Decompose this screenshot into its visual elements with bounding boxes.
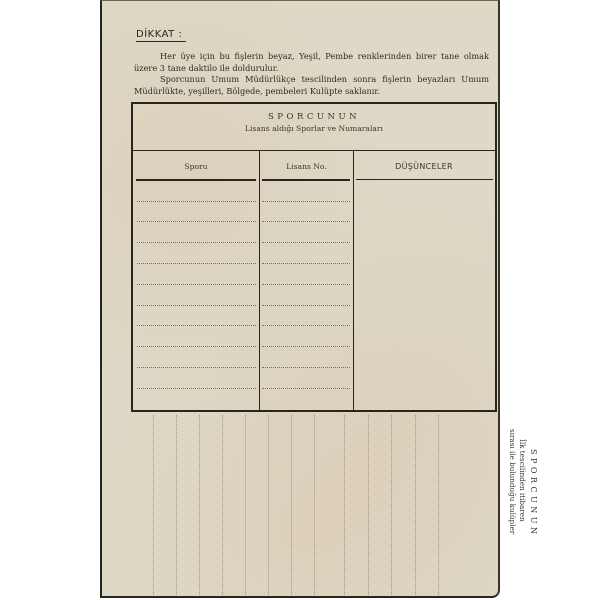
table-subtitle: Lisans aldığı Sporlar ve Numaraları [133, 124, 495, 133]
notice-paragraph-1: Her üye için bu fişlerin beyaz, Yeşil, P… [134, 51, 489, 74]
notice-heading: DİKKAT : [136, 29, 186, 42]
club-history-line-2: sırası ile bulunduğu kulüpler [508, 429, 517, 579]
lisans-no-field-row-10[interactable] [262, 388, 350, 389]
lisans-no-field-row-8[interactable] [262, 346, 350, 347]
club-history-label: SPORCUNUN İlk tescilinden itibaren sıras… [488, 429, 538, 579]
sporu-field-row-2[interactable] [137, 221, 256, 222]
club-column-line[interactable] [368, 415, 369, 595]
lisans-no-field-row-6[interactable] [262, 305, 350, 306]
club-column-line[interactable] [268, 415, 269, 595]
lisans-no-field-row-7[interactable] [262, 325, 350, 326]
sporu-field-row-3[interactable] [137, 242, 256, 243]
club-column-line[interactable] [314, 415, 315, 595]
sporu-field-row-5[interactable] [137, 284, 256, 285]
license-card: DİKKAT : Her üye için bu fişlerin beyaz,… [100, 0, 500, 598]
header-underline [136, 179, 256, 181]
club-column-line[interactable] [291, 415, 292, 595]
lisans-no-field-row-9[interactable] [262, 367, 350, 368]
sporu-field-row-7[interactable] [137, 325, 256, 326]
club-column-line[interactable] [176, 415, 177, 595]
club-history-title: SPORCUNUN [529, 429, 538, 579]
sporu-field-row-6[interactable] [137, 305, 256, 306]
sporu-field-row-9[interactable] [137, 367, 256, 368]
column-header-dusunceler: DÜŞÜNCELER [354, 162, 494, 171]
dusunceler-field[interactable] [355, 182, 493, 406]
lisans-no-field-row-1[interactable] [262, 201, 350, 202]
column-header-sporu: Sporu [133, 162, 259, 171]
table-title: SPORCUNUN Lisans aldığı Sporlar ve Numar… [133, 112, 495, 133]
club-column-line[interactable] [438, 415, 439, 595]
sporu-field-row-4[interactable] [137, 263, 256, 264]
club-column-line[interactable] [391, 415, 392, 595]
club-column-line[interactable] [245, 415, 246, 595]
sporu-field-row-1[interactable] [137, 201, 256, 202]
header-underline [356, 179, 493, 180]
table-title-main: SPORCUNUN [133, 112, 495, 122]
club-column-line[interactable] [344, 415, 345, 595]
club-column-line[interactable] [415, 415, 416, 595]
club-column-line[interactable] [199, 415, 200, 595]
club-column-line[interactable] [222, 415, 223, 595]
sports-license-table: SPORCUNUN Lisans aldığı Sporlar ve Numar… [131, 102, 497, 412]
sporu-field-row-10[interactable] [137, 388, 256, 389]
title-divider [133, 150, 495, 151]
lisans-no-field-row-4[interactable] [262, 263, 350, 264]
lisans-no-field-row-3[interactable] [262, 242, 350, 243]
column-header-lisans-no: Lisans No. [260, 162, 353, 171]
club-history-line-1: İlk tescilinden itibaren [518, 429, 527, 579]
lisans-no-field-row-2[interactable] [262, 221, 350, 222]
notice-paragraph-2: Sporcunun Umum Müdürlükçe tescilinden so… [134, 74, 489, 97]
column-divider-1 [259, 150, 260, 410]
sporu-field-row-8[interactable] [137, 346, 256, 347]
header-underline [262, 179, 350, 181]
column-divider-2 [353, 150, 354, 410]
club-column-line[interactable] [153, 415, 154, 595]
lisans-no-field-row-5[interactable] [262, 284, 350, 285]
